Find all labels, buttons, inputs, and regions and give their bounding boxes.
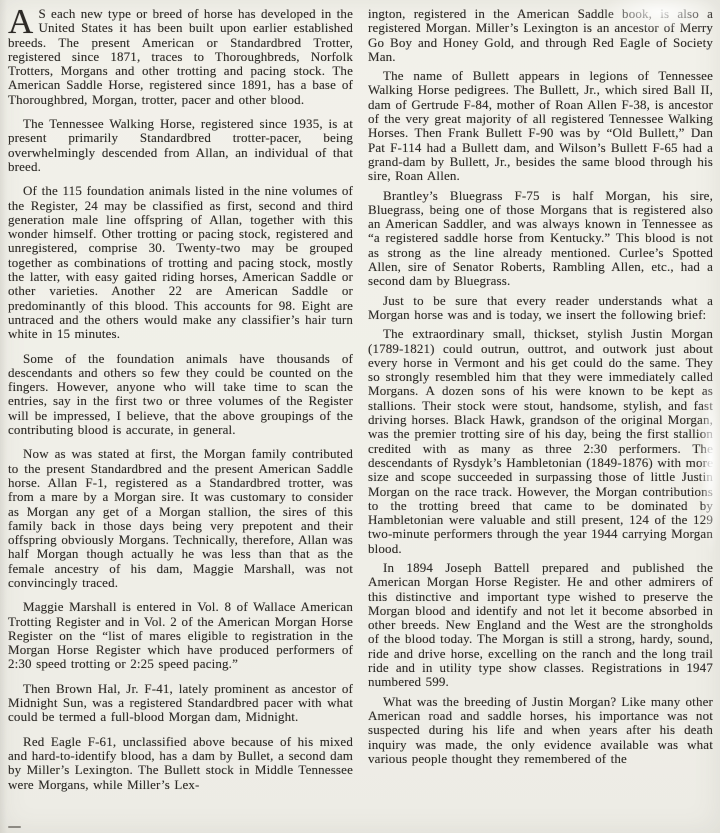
paragraph: What was the breeding of Justin Morgan? … [368,695,713,766]
column-left: AS each new type or breed of horse has d… [8,7,353,802]
paragraph: ington, registered in the American Saddl… [368,7,713,64]
paragraph: Maggie Marshall is entered in Vol. 8 of … [8,600,353,671]
drop-cap: A [8,7,38,35]
paragraph: Of the 115 foundation animals listed in … [8,184,353,341]
column-right: ington, registered in the American Saddl… [368,7,713,802]
paragraph: Red Eagle F-61, unclassified above becau… [8,735,353,792]
two-column-text-layout: AS each new type or breed of horse has d… [0,0,720,802]
paragraph: Then Brown Hal, Jr. F-41, lately promine… [8,682,353,725]
paragraph: Now as was stated at first, the Morgan f… [8,447,353,590]
paragraph: In 1894 Joseph Battell prepared and publ… [368,561,713,690]
paragraph: Some of the foundation animals have thou… [8,352,353,438]
scanned-book-page: AS each new type or breed of horse has d… [0,0,720,833]
paragraph: The extraordinary small, thickset, styli… [368,327,713,556]
paragraph: AS each new type or breed of horse has d… [8,7,353,107]
paragraph: The Tennessee Walking Horse, registered … [8,117,353,174]
partial-page-number-mark [8,826,21,828]
paragraph: Brantley’s Bluegrass F-75 is half Morgan… [368,189,713,289]
paragraph: Just to be sure that every reader unders… [368,294,713,323]
paragraph: The name of Bullett appears in legions o… [368,69,713,183]
